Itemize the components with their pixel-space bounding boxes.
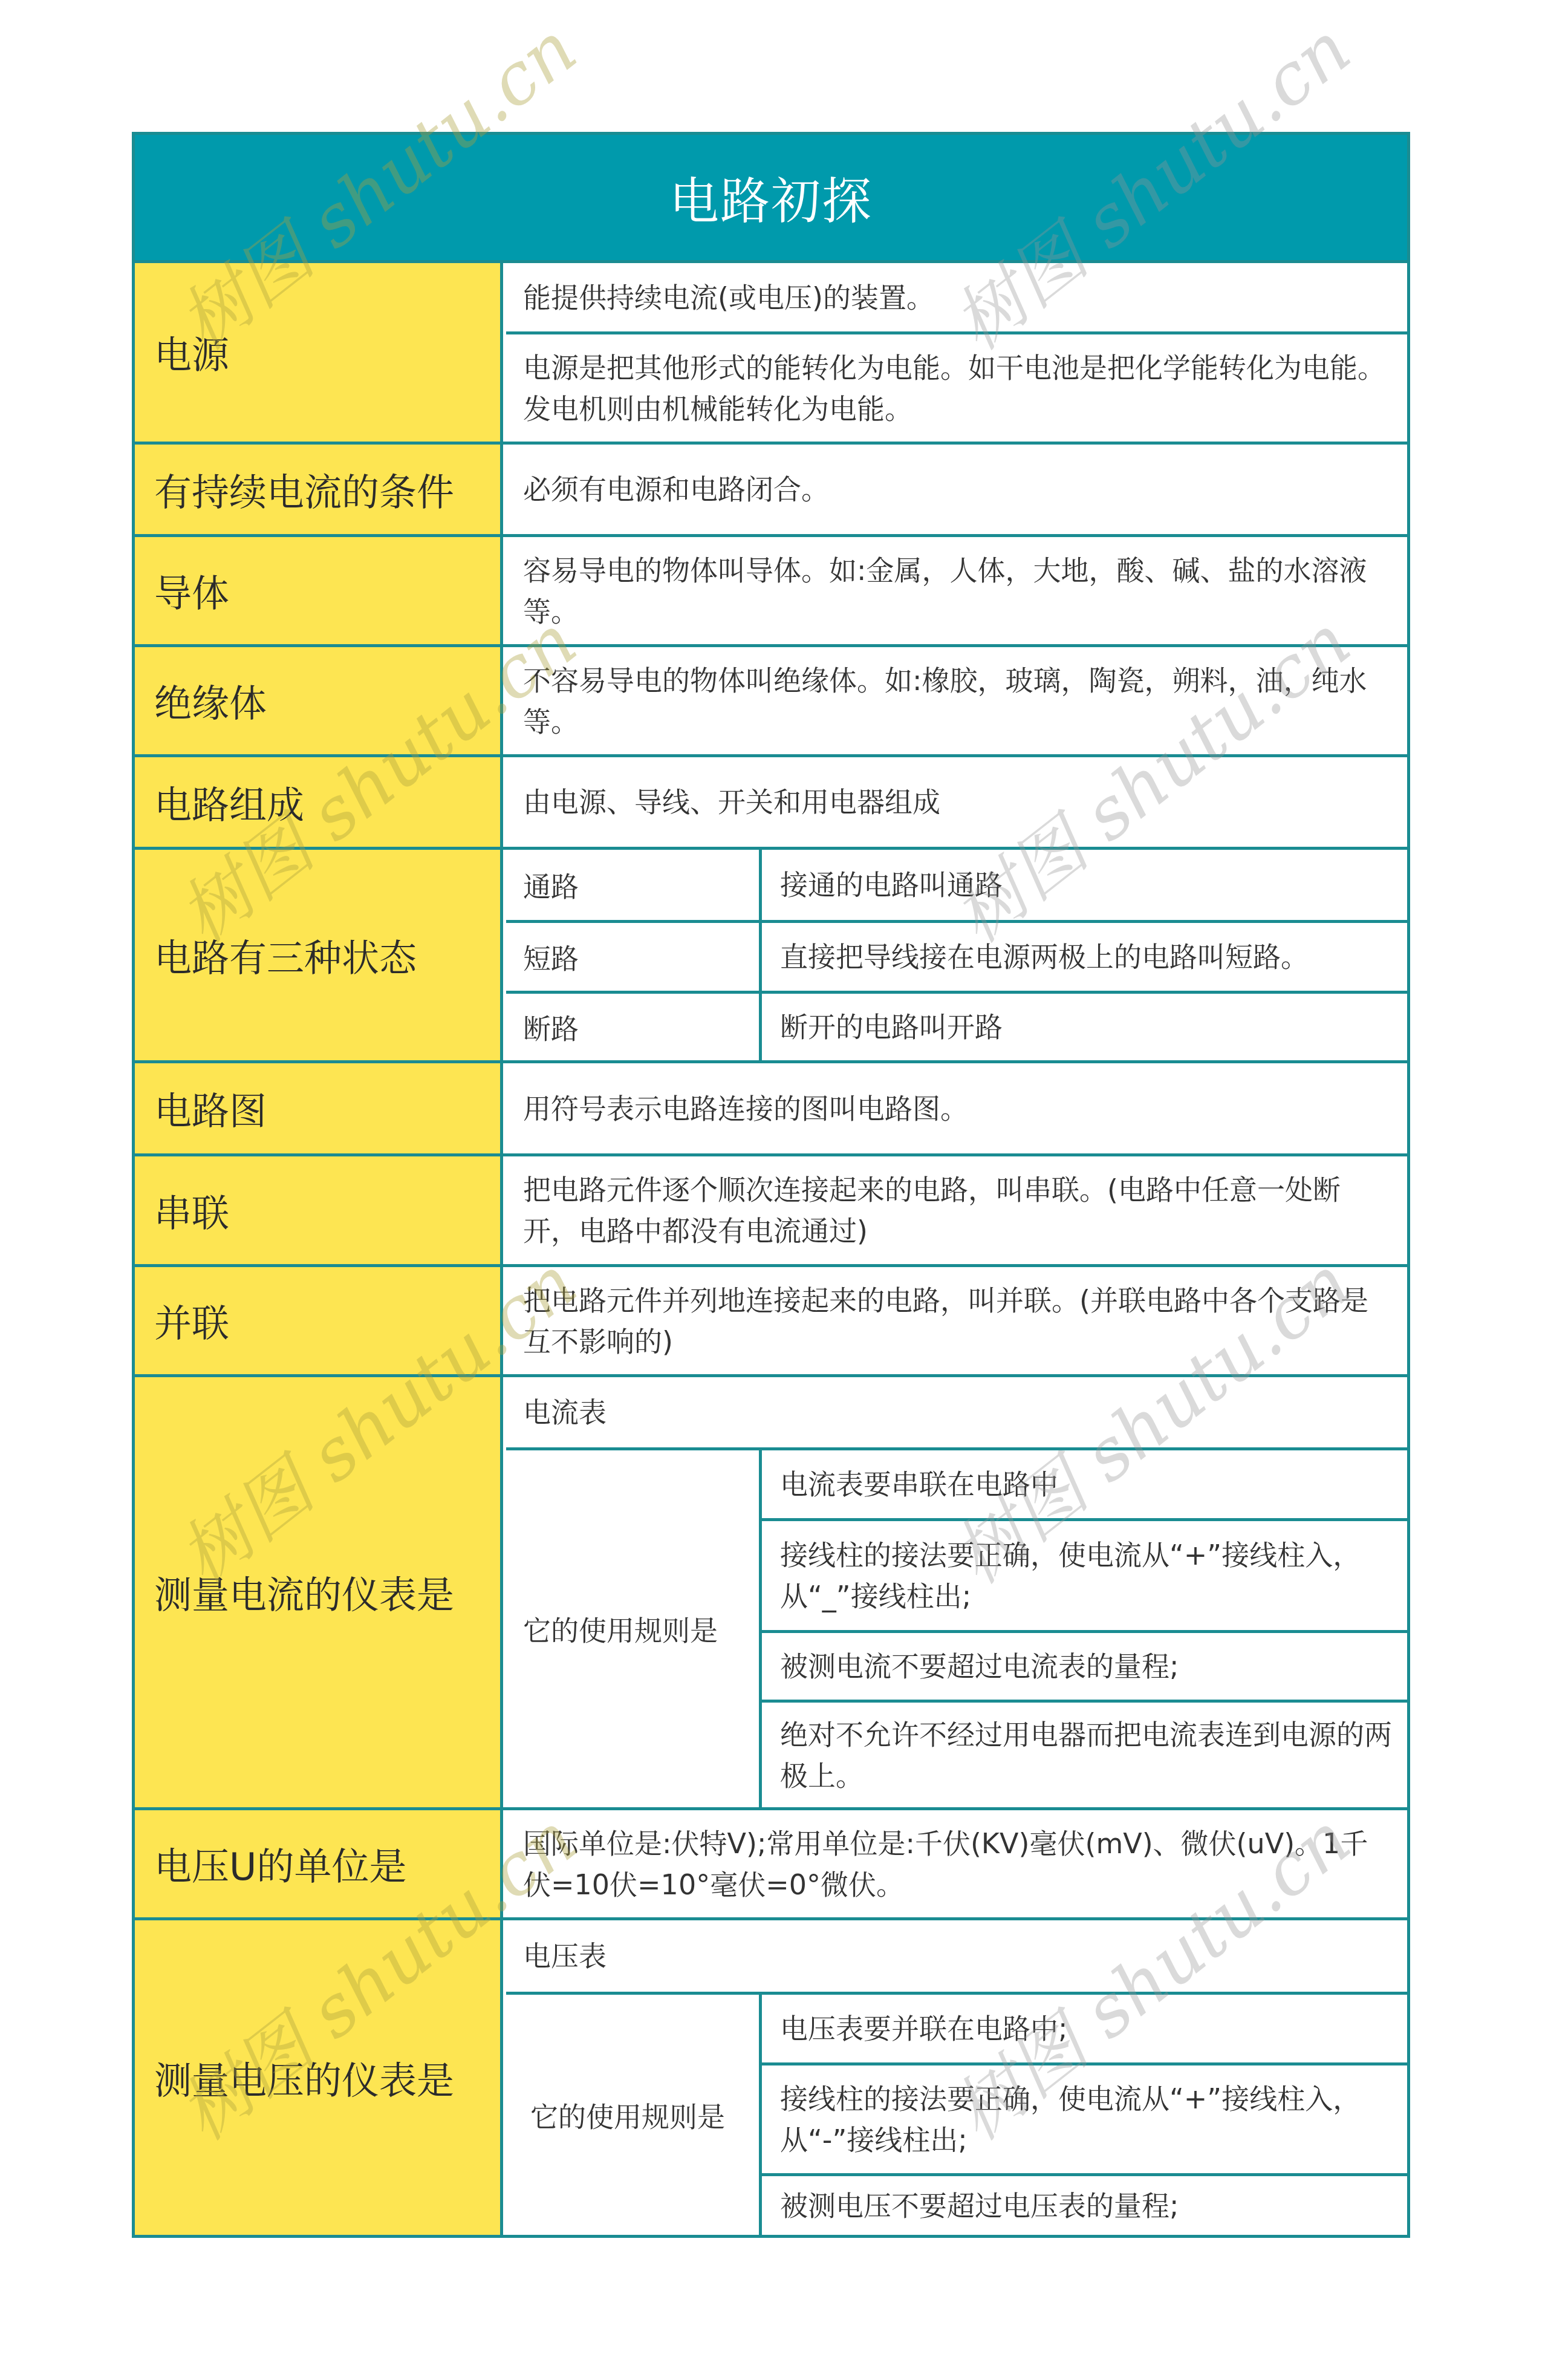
content-cell: 把电路元件并列地连接起来的电路，叫并联。(并联电路中各个支路是互不影响的)	[506, 1267, 1407, 1374]
state-desc: 断开的电路叫开路	[762, 991, 1407, 1060]
knowledge-table: 电路初探 电源 能提供持续电流(或电压)的装置。 电源是把其他形式的能转化为电能…	[132, 132, 1410, 2238]
row-label: 串联	[135, 1156, 503, 1264]
row-label: 电压U的单位是	[135, 1810, 503, 1917]
row-series: 串联 把电路元件逐个顺次连接起来的电路，叫串联。(电路中任意一处断开，电路中都没…	[135, 1153, 1407, 1264]
state-name: 通路	[506, 850, 762, 920]
row-circuit-states: 电路有三种状态 通路 接通的电路叫通路 短路 直接把导线接在电源两极上的电路叫短…	[135, 847, 1407, 1060]
row-parallel: 并联 把电路元件并列地连接起来的电路，叫并联。(并联电路中各个支路是互不影响的)	[135, 1264, 1407, 1374]
row-content: 用符号表示电路连接的图叫电路图。	[506, 1063, 1407, 1153]
content-cell: 用符号表示电路连接的图叫电路图。	[506, 1063, 1407, 1153]
rule-item: 电流表要串联在电路中	[762, 1447, 1407, 1518]
page-title: 电路初探	[669, 162, 873, 233]
content-cell: 电源是把其他形式的能转化为电能。如干电池是把化学能转化为电能。发电机则由机械能转…	[506, 331, 1407, 442]
row-circuit-composition: 电路组成 由电源、导线、开关和用电器组成	[135, 754, 1407, 847]
row-content: 必须有电源和电路闭合。	[506, 445, 1407, 534]
rules-label: 它的使用规则是	[506, 1992, 762, 2235]
rule-item: 接线柱的接法要正确，使电流从“+”接线柱入，从“-”接线柱出;	[762, 2062, 1407, 2173]
row-label: 绝缘体	[135, 647, 503, 754]
row-content: 容易导电的物体叫导体。如:金属，人体，大地，酸、碱、盐的水溶液等。	[506, 537, 1407, 644]
content-cell: 国际单位是:伏特V);常用单位是:千伏(KV)毫伏(mV)、微伏(uV)。1千伏…	[506, 1810, 1407, 1917]
row-content: 通路 接通的电路叫通路 短路 直接把导线接在电源两极上的电路叫短路。 断路 断开…	[506, 850, 1407, 1060]
row-content: 不容易导电的物体叫绝缘体。如:橡胶，玻璃，陶瓷，朔料，油，纯水等。	[506, 647, 1407, 754]
row-content: 把电路元件并列地连接起来的电路，叫并联。(并联电路中各个支路是互不影响的)	[506, 1267, 1407, 1374]
row-label: 电路有三种状态	[135, 850, 503, 1060]
row-insulator: 绝缘体 不容易导电的物体叫绝缘体。如:橡胶，玻璃，陶瓷，朔料，油，纯水等。	[135, 644, 1407, 754]
row-label: 电路组成	[135, 757, 503, 847]
row-content: 能提供持续电流(或电压)的装置。 电源是把其他形式的能转化为电能。如干电池是把化…	[506, 263, 1407, 442]
row-conductor: 导体 容易导电的物体叫导体。如:金属，人体，大地，酸、碱、盐的水溶液等。	[135, 534, 1407, 644]
state-name: 断路	[506, 991, 762, 1060]
row-label: 有持续电流的条件	[135, 445, 503, 534]
row-content: 把电路元件逐个顺次连接起来的电路，叫串联。(电路中任意一处断开，电路中都没有电流…	[506, 1156, 1407, 1264]
row-voltmeter: 测量电压的仪表是 电压表 它的使用规则是 电压表要并联在电路中; 接线柱的接法要…	[135, 1917, 1407, 2235]
row-content: 国际单位是:伏特V);常用单位是:千伏(KV)毫伏(mV)、微伏(uV)。1千伏…	[506, 1810, 1407, 1917]
rule-item: 接线柱的接法要正确，使电流从“+”接线柱入，从“_”接线柱出;	[762, 1518, 1407, 1630]
row-label: 并联	[135, 1267, 503, 1374]
meter-name: 电压表	[506, 1920, 1407, 1992]
rules-label: 它的使用规则是	[506, 1447, 762, 1807]
state-desc: 接通的电路叫通路	[762, 850, 1407, 920]
row-label: 电路图	[135, 1063, 503, 1153]
rule-item: 绝对不允许不经过用电器而把电流表连到电源的两极上。	[762, 1700, 1407, 1807]
row-label: 导体	[135, 537, 503, 644]
row-circuit-diagram: 电路图 用符号表示电路连接的图叫电路图。	[135, 1060, 1407, 1153]
content-cell: 能提供持续电流(或电压)的装置。	[506, 263, 1407, 331]
state-desc: 直接把导线接在电源两极上的电路叫短路。	[762, 920, 1407, 991]
state-name: 短路	[506, 920, 762, 991]
rule-item: 被测电压不要超过电压表的量程;	[762, 2173, 1407, 2235]
meter-name: 电流表	[506, 1377, 1407, 1447]
content-cell: 由电源、导线、开关和用电器组成	[506, 757, 1407, 847]
row-label: 测量电流的仪表是	[135, 1377, 503, 1807]
title-header: 电路初探	[135, 135, 1407, 260]
row-ammeter: 测量电流的仪表是 电流表 它的使用规则是 电流表要串联在电路中 接线柱的接法要正…	[135, 1374, 1407, 1807]
row-content: 电流表 它的使用规则是 电流表要串联在电路中 接线柱的接法要正确，使电流从“+”…	[506, 1377, 1407, 1807]
row-current-condition: 有持续电流的条件 必须有电源和电路闭合。	[135, 442, 1407, 534]
row-voltage-units: 电压U的单位是 国际单位是:伏特V);常用单位是:千伏(KV)毫伏(mV)、微伏…	[135, 1807, 1407, 1917]
row-label: 电源	[135, 263, 503, 442]
content-cell: 不容易导电的物体叫绝缘体。如:橡胶，玻璃，陶瓷，朔料，油，纯水等。	[506, 647, 1407, 754]
rule-item: 电压表要并联在电路中;	[762, 1992, 1407, 2062]
row-label: 测量电压的仪表是	[135, 1920, 503, 2235]
content-cell: 必须有电源和电路闭合。	[506, 445, 1407, 534]
row-content: 电压表 它的使用规则是 电压表要并联在电路中; 接线柱的接法要正确，使电流从“+…	[506, 1920, 1407, 2235]
row-content: 由电源、导线、开关和用电器组成	[506, 757, 1407, 847]
rule-item: 被测电流不要超过电流表的量程;	[762, 1630, 1407, 1700]
content-cell: 把电路元件逐个顺次连接起来的电路，叫串联。(电路中任意一处断开，电路中都没有电流…	[506, 1156, 1407, 1264]
row-power-source: 电源 能提供持续电流(或电压)的装置。 电源是把其他形式的能转化为电能。如干电池…	[135, 260, 1407, 442]
content-cell: 容易导电的物体叫导体。如:金属，人体，大地，酸、碱、盐的水溶液等。	[506, 537, 1407, 644]
